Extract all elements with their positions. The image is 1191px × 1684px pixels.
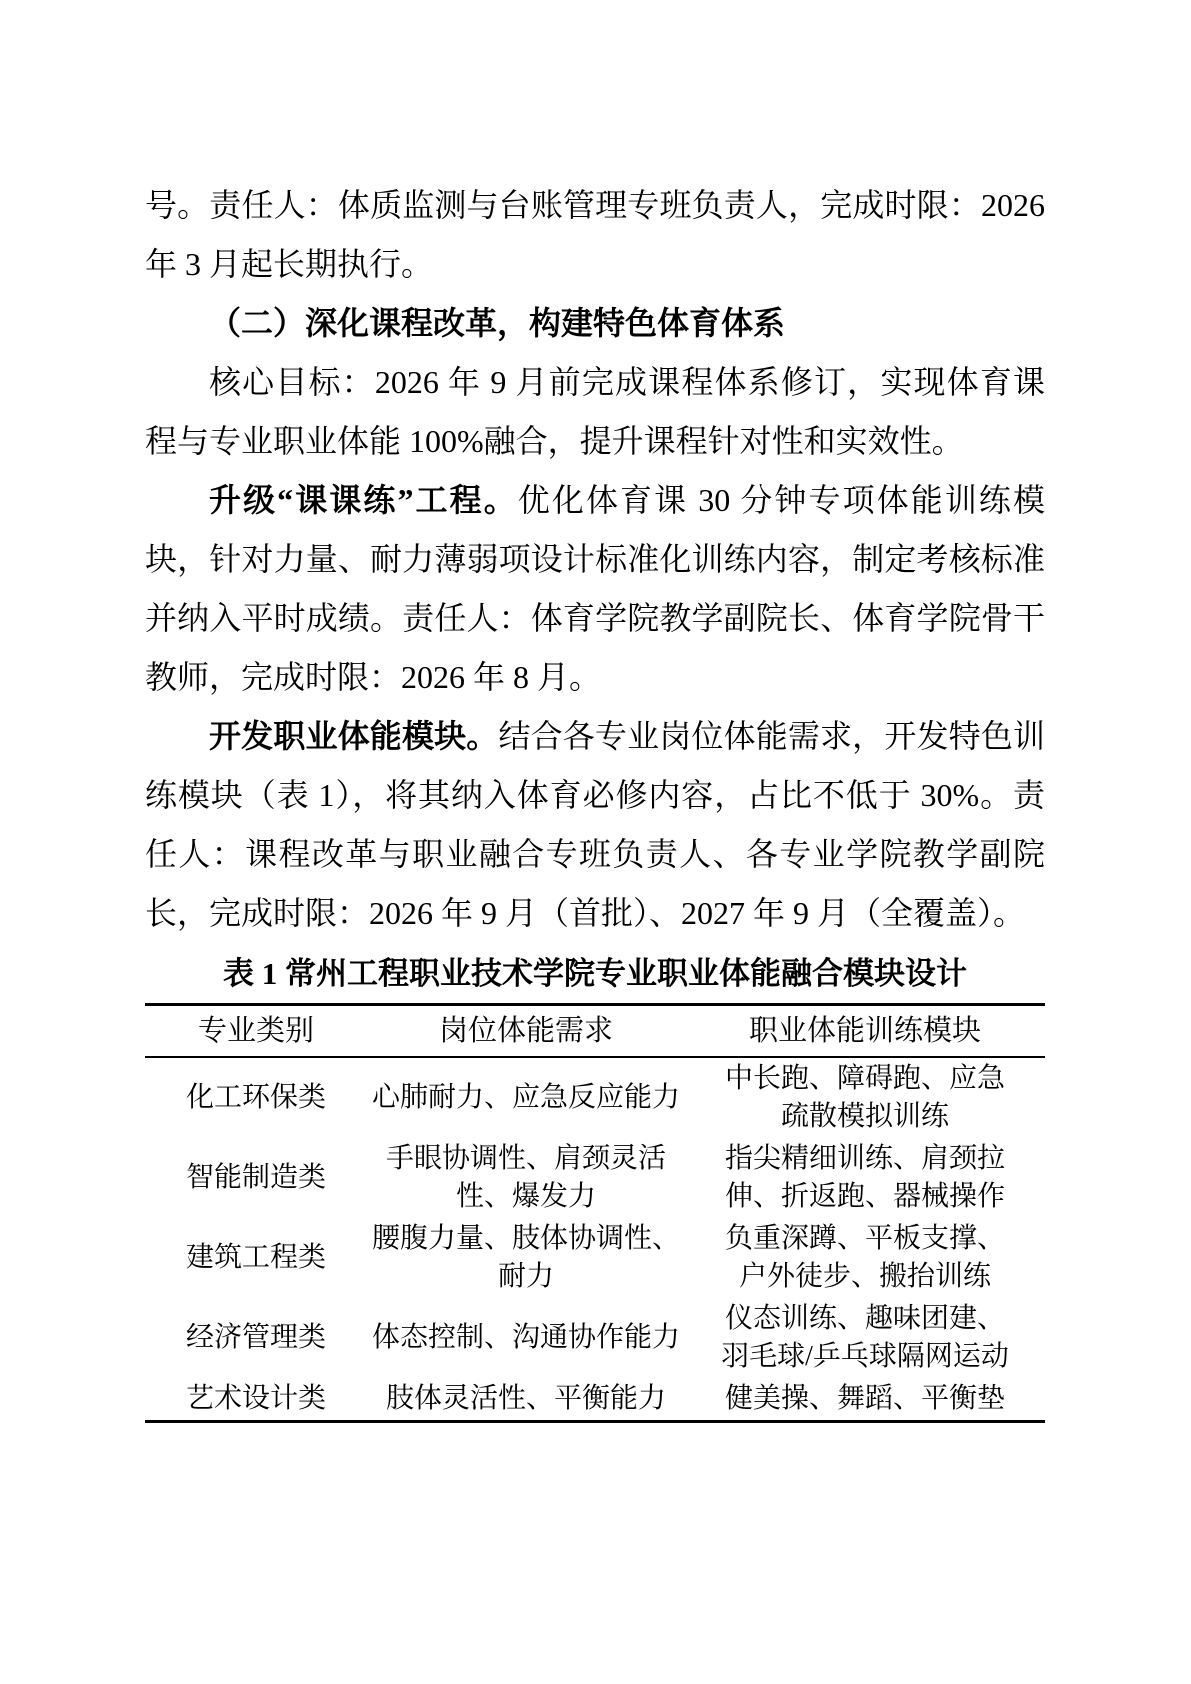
cell-category: 经济管理类 (145, 1298, 367, 1378)
section-heading: （二）深化课程改革，构建特色体育体系 (145, 294, 1045, 353)
cell-module: 仪态训练、趣味团建、羽毛球/乒乓球隔网运动 (685, 1298, 1045, 1378)
paragraph: 开发职业体能模块。结合各专业岗位体能需求，开发特色训练模块（表 1），将其纳入体… (145, 707, 1045, 943)
column-header: 岗位体能需求 (367, 1005, 685, 1058)
table-header-row: 专业类别岗位体能需求职业体能训练模块 (145, 1005, 1045, 1058)
table-title: 表 1 常州工程职业技术学院专业职业体能融合模块设计 (145, 951, 1045, 997)
paragraph: 号。责任人：体质监测与台账管理专班负责人，完成时限：2026 年 3 月起长期执… (145, 176, 1045, 294)
body-text: 号。责任人：体质监测与台账管理专班负责人，完成时限：2026 年 3 月起长期执… (145, 187, 1045, 282)
cell-demand: 心肺耐力、应急反应能力 (367, 1057, 685, 1138)
cell-category: 艺术设计类 (145, 1378, 367, 1422)
fusion-module-table: 专业类别岗位体能需求职业体能训练模块 化工环保类心肺耐力、应急反应能力中长跑、障… (145, 1003, 1045, 1423)
cell-category: 化工环保类 (145, 1057, 367, 1138)
body-text: 核心目标：2026 年 9 月前完成课程体系修订，实现体育课程与专业职业体能 1… (145, 364, 1045, 459)
table-row: 专业类别岗位体能需求职业体能训练模块 (145, 1005, 1045, 1058)
paragraph: 升级“课课练”工程。优化体育课 30 分钟专项体能训练模块，针对力量、耐力薄弱项… (145, 471, 1045, 707)
cell-module: 负重深蹲、平板支撑、户外徒步、搬抬训练 (685, 1218, 1045, 1298)
column-header: 职业体能训练模块 (685, 1005, 1045, 1058)
table-row: 经济管理类体态控制、沟通协作能力仪态训练、趣味团建、羽毛球/乒乓球隔网运动 (145, 1298, 1045, 1378)
table-row: 智能制造类手眼协调性、肩颈灵活性、爆发力指尖精细训练、肩颈拉伸、折返跑、器械操作 (145, 1138, 1045, 1218)
lead-in-text: （二）深化课程改革，构建特色体育体系 (209, 305, 785, 341)
cell-category: 建筑工程类 (145, 1218, 367, 1298)
cell-category: 智能制造类 (145, 1138, 367, 1218)
paragraph: 核心目标：2026 年 9 月前完成课程体系修订，实现体育课程与专业职业体能 1… (145, 353, 1045, 471)
table-row: 建筑工程类腰腹力量、肢体协调性、耐力负重深蹲、平板支撑、户外徒步、搬抬训练 (145, 1218, 1045, 1298)
cell-demand: 手眼协调性、肩颈灵活性、爆发力 (367, 1138, 685, 1218)
cell-demand: 腰腹力量、肢体协调性、耐力 (367, 1218, 685, 1298)
table-row: 艺术设计类肢体灵活性、平衡能力健美操、舞蹈、平衡垫 (145, 1378, 1045, 1422)
cell-module: 指尖精细训练、肩颈拉伸、折返跑、器械操作 (685, 1138, 1045, 1218)
cell-module: 健美操、舞蹈、平衡垫 (685, 1378, 1045, 1422)
lead-in-text: 开发职业体能模块。 (209, 718, 498, 754)
column-header: 专业类别 (145, 1005, 367, 1058)
paragraphs: 号。责任人：体质监测与台账管理专班负责人，完成时限：2026 年 3 月起长期执… (145, 176, 1045, 943)
table-row: 化工环保类心肺耐力、应急反应能力中长跑、障碍跑、应急疏散模拟训练 (145, 1057, 1045, 1138)
lead-in-text: 升级“课课练”工程。 (209, 482, 518, 518)
document-content: 号。责任人：体质监测与台账管理专班负责人，完成时限：2026 年 3 月起长期执… (0, 0, 1191, 1423)
document-page: 号。责任人：体质监测与台账管理专班负责人，完成时限：2026 年 3 月起长期执… (0, 0, 1191, 1684)
cell-demand: 肢体灵活性、平衡能力 (367, 1378, 685, 1422)
table-body: 化工环保类心肺耐力、应急反应能力中长跑、障碍跑、应急疏散模拟训练智能制造类手眼协… (145, 1057, 1045, 1422)
cell-module: 中长跑、障碍跑、应急疏散模拟训练 (685, 1057, 1045, 1138)
cell-demand: 体态控制、沟通协作能力 (367, 1298, 685, 1378)
